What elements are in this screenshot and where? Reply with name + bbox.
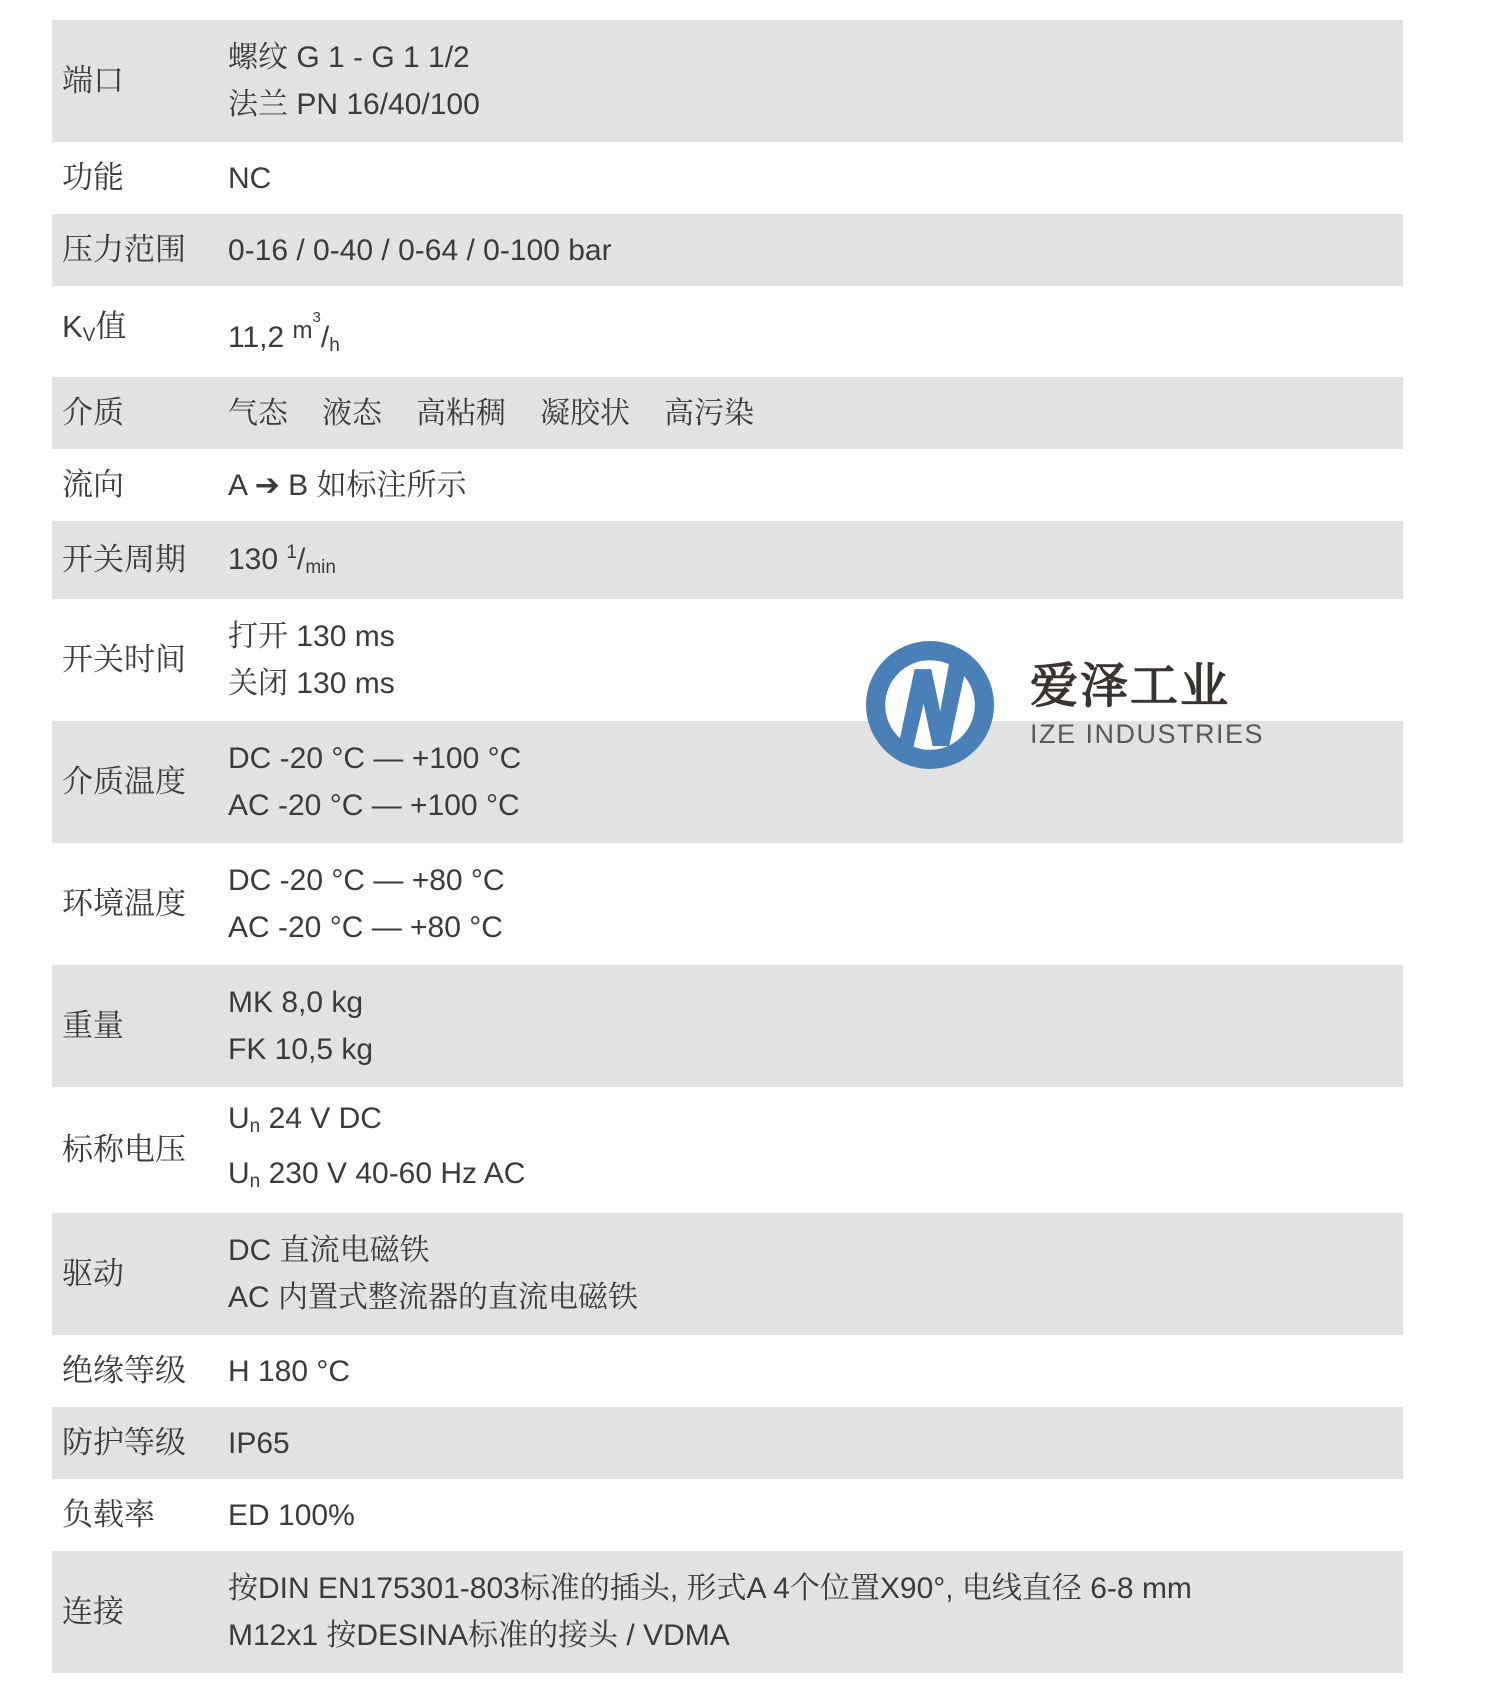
text-segment: 液态	[322, 397, 382, 430]
spec-label-duty-cycle: 负载率	[52, 1495, 228, 1535]
spec-label-drive: 驱动	[52, 1254, 228, 1294]
value-line: NC	[228, 155, 1393, 202]
arrow-right-icon: ➔	[255, 469, 280, 502]
spec-row-flow-direction: 流向A ➔ B 如标注所示	[52, 449, 1403, 521]
value-line: Un 230 V 40-60 Hz AC	[228, 1150, 1393, 1205]
text-segment: 开关时间	[62, 642, 186, 677]
text-segment: K	[62, 309, 83, 344]
value-line: M12x1 按DESINA标准的接头 / VDMA	[228, 1612, 1393, 1659]
value-line: A ➔ B 如标注所示	[228, 462, 1393, 509]
spec-label-port: 端口	[52, 61, 228, 101]
text-segment: m	[293, 317, 313, 344]
text-segment: 环境温度	[62, 886, 186, 921]
text-segment: n	[250, 1171, 261, 1192]
spec-value-kv-value: 11,2 m3/h	[228, 286, 1403, 377]
value-line: AC -20 °C — +80 °C	[228, 904, 1393, 951]
text-segment: 法兰 PN 16/40/100	[228, 88, 480, 121]
spec-label-ambient-temperature: 环境温度	[52, 884, 228, 924]
value-line: 打开 130 ms	[228, 613, 1393, 660]
spec-value-switching-time: 打开 130 ms关闭 130 ms	[228, 605, 1403, 715]
text-segment: MK 8,0 kg	[228, 986, 363, 1019]
spec-label-weight: 重量	[52, 1006, 228, 1046]
text-segment: FK 10,5 kg	[228, 1033, 373, 1066]
text-segment: 压力范围	[62, 232, 186, 267]
text-segment: H 180 °C	[228, 1355, 350, 1388]
text-segment: DC -20 °C — +80 °C	[228, 864, 505, 897]
value-line: 130 1/min	[228, 529, 1393, 591]
spec-value-pressure-range: 0-16 / 0-40 / 0-64 / 0-100 bar	[228, 219, 1403, 282]
text-segment: 关闭 130 ms	[228, 667, 395, 700]
value-line: H 180 °C	[228, 1348, 1393, 1395]
spec-value-switching-cycles: 130 1/min	[228, 521, 1403, 599]
spec-row-weight: 重量MK 8,0 kgFK 10,5 kg	[52, 965, 1403, 1087]
text-segment: 打开 130 ms	[228, 620, 395, 653]
text-segment: 1	[286, 542, 297, 563]
spec-value-port: 螺纹 G 1 - G 1 1/2法兰 PN 16/40/100	[228, 26, 1403, 136]
text-segment: M12x1 按DESINA标准的接头 / VDMA	[228, 1619, 730, 1652]
spec-label-switching-cycles: 开关周期	[52, 540, 228, 580]
spec-label-kv-value: KV值	[52, 307, 228, 356]
value-line: ED 100%	[228, 1492, 1393, 1539]
spec-label-medium-temperature: 介质温度	[52, 762, 228, 802]
spec-row-insulation-class: 绝缘等级H 180 °C	[52, 1335, 1403, 1407]
value-line: AC -20 °C — +100 °C	[228, 782, 1393, 829]
spec-value-medium: 气态液态高粘稠凝胶状高污染	[228, 382, 1403, 445]
spec-label-insulation-class: 绝缘等级	[52, 1351, 228, 1391]
spec-value-function: NC	[228, 147, 1403, 210]
text-segment: ED 100%	[228, 1499, 355, 1532]
spec-value-flow-direction: A ➔ B 如标注所示	[228, 454, 1403, 517]
spec-row-medium-temperature: 介质温度DC -20 °C — +100 °CAC -20 °C — +100 …	[52, 721, 1403, 843]
text-segment: h	[329, 335, 340, 356]
text-segment: AC -20 °C — +100 °C	[228, 789, 520, 822]
spec-value-protection-class: IP65	[228, 1412, 1403, 1475]
value-line: DC 直流电磁铁	[228, 1227, 1393, 1274]
spec-label-flow-direction: 流向	[52, 465, 228, 505]
text-segment: 介质温度	[62, 764, 186, 799]
text-segment: 端口	[62, 63, 124, 98]
text-segment: 防护等级	[62, 1425, 186, 1460]
text-segment: 130	[228, 543, 286, 576]
spec-row-protection-class: 防护等级IP65	[52, 1407, 1403, 1479]
value-line: DC -20 °C — +80 °C	[228, 857, 1393, 904]
value-line: 气态液态高粘稠凝胶状高污染	[228, 390, 1393, 437]
text-segment: U	[228, 1102, 250, 1135]
value-line: IP65	[228, 1420, 1393, 1467]
text-segment: V	[83, 325, 96, 346]
spec-value-insulation-class: H 180 °C	[228, 1340, 1403, 1403]
text-segment: B 如标注所示	[280, 469, 467, 502]
spec-row-connection: 连接按DIN EN175301-803标准的插头, 形式A 4个位置X90°, …	[52, 1551, 1403, 1673]
text-segment: 开关周期	[62, 542, 186, 577]
text-segment: 流向	[62, 467, 124, 502]
text-segment: 绝缘等级	[62, 1353, 186, 1388]
text-segment: n	[250, 1116, 261, 1137]
text-segment: 按DIN EN175301-803标准的插头, 形式A 4个位置X90°, 电线…	[228, 1572, 1192, 1605]
text-segment: A	[228, 469, 255, 502]
spec-row-ambient-temperature: 环境温度DC -20 °C — +80 °CAC -20 °C — +80 °C	[52, 843, 1403, 965]
spec-label-switching-time: 开关时间	[52, 640, 228, 680]
spec-label-connection: 连接	[52, 1592, 228, 1632]
text-segment: IP65	[228, 1427, 290, 1460]
value-line: MK 8,0 kg	[228, 979, 1393, 1026]
text-segment: DC -20 °C — +100 °C	[228, 742, 521, 775]
text-segment: 介质	[62, 395, 124, 430]
spec-row-medium: 介质气态液态高粘稠凝胶状高污染	[52, 377, 1403, 449]
text-segment: 高粘稠	[416, 397, 506, 430]
spec-value-connection: 按DIN EN175301-803标准的插头, 形式A 4个位置X90°, 电线…	[228, 1557, 1403, 1667]
spec-row-switching-cycles: 开关周期130 1/min	[52, 521, 1403, 599]
text-segment: NC	[228, 162, 271, 195]
text-segment: 重量	[62, 1008, 124, 1043]
text-segment: DC 直流电磁铁	[228, 1234, 430, 1267]
text-segment: 3	[313, 309, 321, 326]
value-line: 法兰 PN 16/40/100	[228, 81, 1393, 128]
spec-row-pressure-range: 压力范围0-16 / 0-40 / 0-64 / 0-100 bar	[52, 214, 1403, 286]
spec-row-duty-cycle: 负载率ED 100%	[52, 1479, 1403, 1551]
value-line: 关闭 130 ms	[228, 660, 1393, 707]
spec-row-function: 功能NC	[52, 142, 1403, 214]
text-segment: 230 V 40-60 Hz AC	[260, 1157, 525, 1190]
spec-row-switching-time: 开关时间打开 130 ms关闭 130 ms	[52, 599, 1403, 721]
text-segment: 高污染	[664, 397, 754, 430]
spec-value-ambient-temperature: DC -20 °C — +80 °CAC -20 °C — +80 °C	[228, 849, 1403, 959]
spec-sheet-page: 端口螺纹 G 1 - G 1 1/2法兰 PN 16/40/100功能NC压力范…	[0, 0, 1510, 1689]
text-segment: 连接	[62, 1594, 124, 1629]
text-segment: 0-16 / 0-40 / 0-64 / 0-100 bar	[228, 234, 612, 267]
value-line: AC 内置式整流器的直流电磁铁	[228, 1274, 1393, 1321]
spec-value-nominal-voltage: Un 24 V DCUn 230 V 40-60 Hz AC	[228, 1087, 1403, 1213]
spec-value-drive: DC 直流电磁铁AC 内置式整流器的直流电磁铁	[228, 1219, 1403, 1329]
spec-label-nominal-voltage: 标称电压	[52, 1130, 228, 1170]
value-line: Un 24 V DC	[228, 1095, 1393, 1150]
text-segment: U	[228, 1157, 250, 1190]
text-segment: min	[305, 557, 336, 578]
spec-label-pressure-range: 压力范围	[52, 230, 228, 270]
text-segment: 螺纹 G 1 - G 1 1/2	[228, 41, 470, 74]
spec-value-medium-temperature: DC -20 °C — +100 °CAC -20 °C — +100 °C	[228, 727, 1403, 837]
text-segment: 值	[95, 309, 126, 344]
text-segment: 凝胶状	[540, 397, 630, 430]
value-line: 螺纹 G 1 - G 1 1/2	[228, 34, 1393, 81]
spec-label-function: 功能	[52, 158, 228, 198]
text-segment: AC 内置式整流器的直流电磁铁	[228, 1281, 638, 1314]
spec-value-duty-cycle: ED 100%	[228, 1484, 1403, 1547]
spec-row-nominal-voltage: 标称电压Un 24 V DCUn 230 V 40-60 Hz AC	[52, 1087, 1403, 1213]
spec-value-weight: MK 8,0 kgFK 10,5 kg	[228, 971, 1403, 1081]
value-line: 11,2 m3/h	[228, 294, 1393, 369]
spec-row-kv-value: KV值11,2 m3/h	[52, 286, 1403, 377]
spec-row-drive: 驱动DC 直流电磁铁AC 内置式整流器的直流电磁铁	[52, 1213, 1403, 1335]
value-line: FK 10,5 kg	[228, 1026, 1393, 1073]
text-segment: 气态	[228, 397, 288, 430]
value-line: DC -20 °C — +100 °C	[228, 735, 1393, 782]
text-segment: AC -20 °C — +80 °C	[228, 911, 503, 944]
value-line: 0-16 / 0-40 / 0-64 / 0-100 bar	[228, 227, 1393, 274]
spec-row-port: 端口螺纹 G 1 - G 1 1/2法兰 PN 16/40/100	[52, 20, 1403, 142]
spec-table: 端口螺纹 G 1 - G 1 1/2法兰 PN 16/40/100功能NC压力范…	[52, 20, 1403, 1673]
text-segment: 负载率	[62, 1497, 155, 1532]
spec-label-medium: 介质	[52, 393, 228, 433]
text-segment: /	[321, 321, 329, 354]
text-segment: 11,2	[228, 321, 293, 354]
value-line: 按DIN EN175301-803标准的插头, 形式A 4个位置X90°, 电线…	[228, 1565, 1393, 1612]
text-segment: 标称电压	[62, 1132, 186, 1167]
text-segment: 驱动	[62, 1256, 124, 1291]
spec-label-protection-class: 防护等级	[52, 1423, 228, 1463]
text-segment: 功能	[62, 160, 124, 195]
text-segment: 24 V DC	[260, 1102, 382, 1135]
